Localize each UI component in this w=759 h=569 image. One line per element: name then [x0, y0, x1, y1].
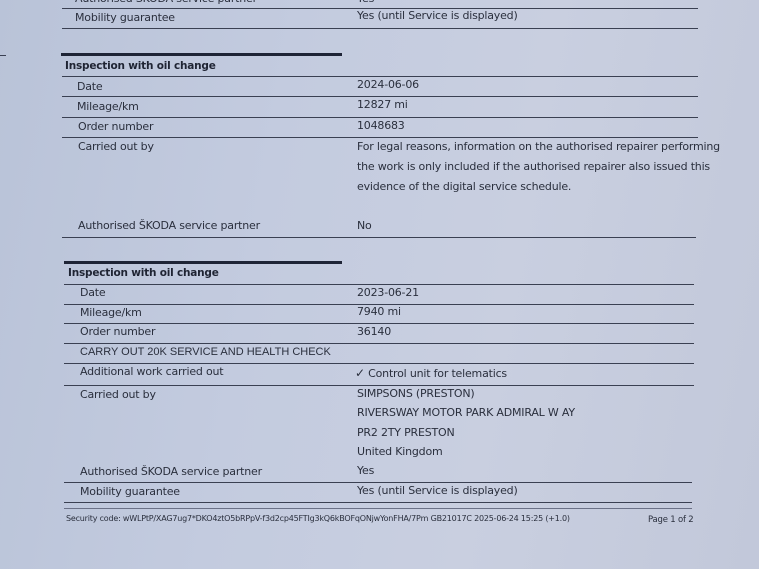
mobility-label: Mobility guarantee	[80, 485, 180, 499]
security-code: Security code: wWLPtP/XAG7ug7*DKO4ztO5bR…	[66, 514, 570, 524]
mileage-label: Mileage/km	[77, 100, 139, 114]
divider	[64, 323, 694, 324]
order-value: 1048683	[357, 119, 405, 133]
divider	[62, 117, 698, 118]
mileage-value: 12827 mi	[357, 98, 408, 112]
carried-out-line: the work is only included if the authori…	[357, 160, 710, 174]
top-partner-label: Authorised ŠKODA service partner	[75, 0, 257, 6]
top-mobility-label: Mobility guarantee	[75, 11, 175, 25]
order-label: Order number	[78, 120, 153, 134]
divider	[64, 482, 692, 483]
additional-work-text: Control unit for telematics	[368, 367, 507, 380]
carried-out-line: evidence of the digital service schedule…	[357, 180, 571, 194]
mobility-value: Yes (until Service is displayed)	[357, 484, 518, 498]
mileage-label: Mileage/km	[80, 306, 142, 320]
divider	[64, 343, 694, 344]
date-value: 2023-06-21	[357, 286, 419, 300]
carried-out-label: Carried out by	[80, 388, 156, 402]
carried-out-line: RIVERSWAY MOTOR PARK ADMIRAL W AY	[357, 406, 575, 420]
top-partner-value: Yes	[357, 0, 374, 6]
divider	[62, 137, 698, 138]
checkmark-icon: ✓	[355, 366, 365, 380]
date-label: Date	[80, 286, 106, 300]
section-bar	[61, 53, 342, 56]
carried-out-line: PR2 2TY PRESTON	[357, 426, 455, 440]
section-title: Inspection with oil change	[65, 59, 216, 73]
divider	[64, 284, 694, 285]
date-value: 2024-06-06	[357, 78, 419, 92]
order-label: Order number	[80, 325, 155, 339]
section-bar	[64, 261, 342, 264]
partner-label: Authorised ŠKODA service partner	[80, 465, 262, 479]
divider	[64, 385, 694, 386]
page-number: Page 1 of 2	[648, 515, 694, 525]
divider	[64, 363, 694, 364]
partner-value: No	[357, 219, 372, 233]
divider	[62, 237, 696, 238]
additional-work-label: Additional work carried out	[80, 365, 223, 379]
divider	[62, 96, 698, 97]
section-title: Inspection with oil change	[68, 266, 219, 280]
partner-label: Authorised ŠKODA service partner	[78, 219, 260, 233]
date-label: Date	[77, 80, 103, 94]
partner-value: Yes	[357, 464, 374, 478]
divider	[62, 76, 698, 77]
carried-out-line: For legal reasons, information on the au…	[357, 140, 720, 154]
carried-out-label: Carried out by	[78, 140, 154, 154]
carried-out-line: SIMPSONS (PRESTON)	[357, 387, 475, 401]
top-mobility-value: Yes (until Service is displayed)	[357, 9, 518, 23]
additional-work-value: ✓ Control unit for telematics	[355, 366, 507, 381]
mileage-value: 7940 mi	[357, 305, 401, 319]
divider	[62, 28, 698, 29]
divider	[64, 502, 692, 503]
order-value: 36140	[357, 325, 391, 339]
margin-tick	[0, 55, 6, 56]
divider	[64, 508, 692, 509]
carried-out-line: United Kingdom	[357, 445, 443, 459]
service-note: CARRY OUT 20K SERVICE AND HEALTH CHECK	[80, 345, 331, 359]
